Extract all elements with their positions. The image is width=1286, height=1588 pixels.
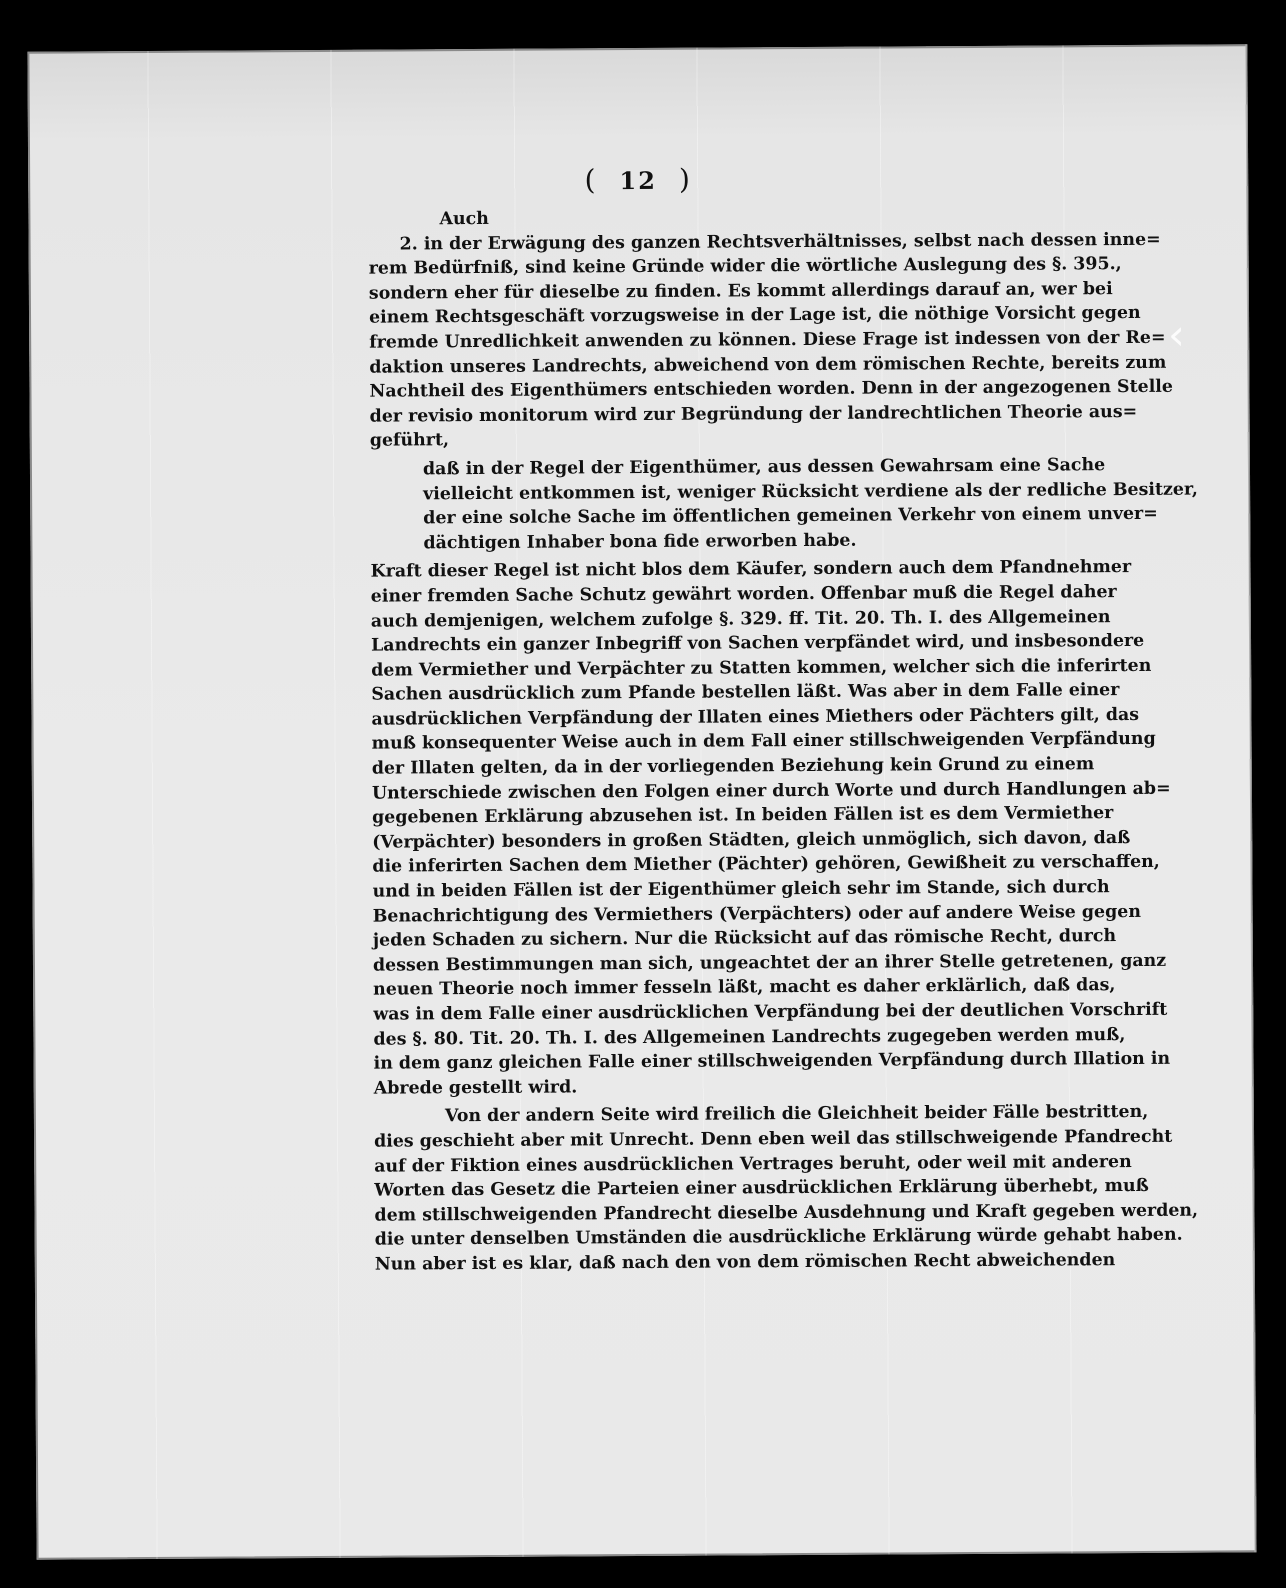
text-line: dies geschieht aber mit Unrecht. Denn eb… [374,1125,1093,1154]
scanned-page: (12) Auch2. in der Erwägung des ganzen R… [27,44,1256,1559]
page-number: 12 [619,166,657,195]
body-text: Auch2. in der Erwägung des ganzen Rechts… [368,203,1094,1277]
paren-close: ) [679,163,692,196]
text-line: der eine solche Sache im öffentlichen ge… [370,502,1089,531]
page-number-header: (12) [28,159,1248,199]
text-line: einer fremden Sache Schutz gewährt worde… [371,580,1090,609]
paren-open: ( [584,163,597,196]
text-line: Nun aber ist es klar, daß nach den von d… [375,1248,1094,1277]
text-line: daß in der Regel der Eigenthümer, aus de… [370,453,1089,482]
text-line: in dem ganz gleichen Falle einer stillsc… [374,1047,1093,1076]
chevron-left-icon[interactable]: ‹ [1168,315,1194,355]
text-line: fremde Unredlichkeit anwenden zu können.… [369,326,1088,355]
text-line: der revisio monitorum wird zur Begründun… [370,400,1089,429]
